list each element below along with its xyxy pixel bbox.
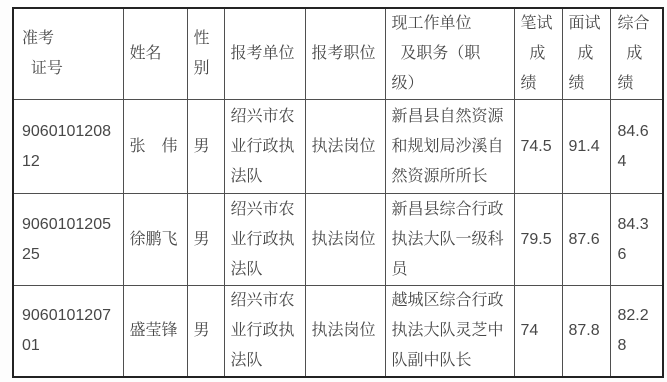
cell-gender: 男 [187, 286, 224, 378]
cell-written-score: 74 [514, 286, 562, 378]
cell-apply-unit: 绍兴市农业行政执法队 [224, 286, 305, 378]
cell-apply-position: 执法岗位 [305, 100, 385, 194]
cell-interview-score: 87.8 [562, 286, 610, 378]
col-header-written-score: 笔试 成 绩 [514, 8, 562, 100]
cell-ticket-no: 906010120812 [13, 100, 123, 194]
col-header-name: 姓名 [123, 8, 187, 100]
cell-ticket-no: 906010120701 [13, 286, 123, 378]
header-row: 准考 证号 姓名 性 别 报考单位 报考职位 现工作单位 及职务（职 级） 笔试… [13, 8, 663, 100]
table-row: 906010120812 张 伟 男 绍兴市农业行政执法队 执法岗位 新昌县自然… [13, 100, 663, 194]
table-row: 906010120525 徐鹏飞 男 绍兴市农业行政执法队 执法岗位 新昌县综合… [13, 194, 663, 286]
cell-apply-position: 执法岗位 [305, 286, 385, 378]
exam-results-table: 准考 证号 姓名 性 别 报考单位 报考职位 现工作单位 及职务（职 级） 笔试… [12, 7, 664, 378]
page: 准考 证号 姓名 性 别 报考单位 报考职位 现工作单位 及职务（职 级） 笔试… [0, 0, 667, 382]
col-header-ticket-no: 准考 证号 [13, 8, 123, 100]
cell-current-unit: 越城区综合行政执法大队灵芝中队副中队长 [385, 286, 514, 378]
cell-apply-unit: 绍兴市农业行政执法队 [224, 194, 305, 286]
col-header-interview-score: 面试 成 绩 [562, 8, 610, 100]
cell-overall-score: 84.36 [610, 194, 663, 286]
col-header-gender: 性 别 [187, 8, 224, 100]
cell-gender: 男 [187, 194, 224, 286]
col-header-overall-score: 综合 成 绩 [610, 8, 663, 100]
cell-interview-score: 91.4 [562, 100, 610, 194]
col-header-apply-position: 报考职位 [305, 8, 385, 100]
cell-gender: 男 [187, 100, 224, 194]
cell-name: 徐鹏飞 [123, 194, 187, 286]
col-header-current-unit: 现工作单位 及职务（职 级） [385, 8, 514, 100]
cell-written-score: 79.5 [514, 194, 562, 286]
cell-current-unit: 新昌县自然资源和规划局沙溪自然资源所所长 [385, 100, 514, 194]
cell-name: 盛莹锋 [123, 286, 187, 378]
cell-overall-score: 82.28 [610, 286, 663, 378]
cell-name: 张 伟 [123, 100, 187, 194]
cell-apply-position: 执法岗位 [305, 194, 385, 286]
cell-interview-score: 87.6 [562, 194, 610, 286]
table-row: 906010120701 盛莹锋 男 绍兴市农业行政执法队 执法岗位 越城区综合… [13, 286, 663, 378]
cell-apply-unit: 绍兴市农业行政执法队 [224, 100, 305, 194]
cell-current-unit: 新昌县综合行政执法大队一级科员 [385, 194, 514, 286]
cell-written-score: 74.5 [514, 100, 562, 194]
cell-overall-score: 84.64 [610, 100, 663, 194]
col-header-apply-unit: 报考单位 [224, 8, 305, 100]
cell-ticket-no: 906010120525 [13, 194, 123, 286]
